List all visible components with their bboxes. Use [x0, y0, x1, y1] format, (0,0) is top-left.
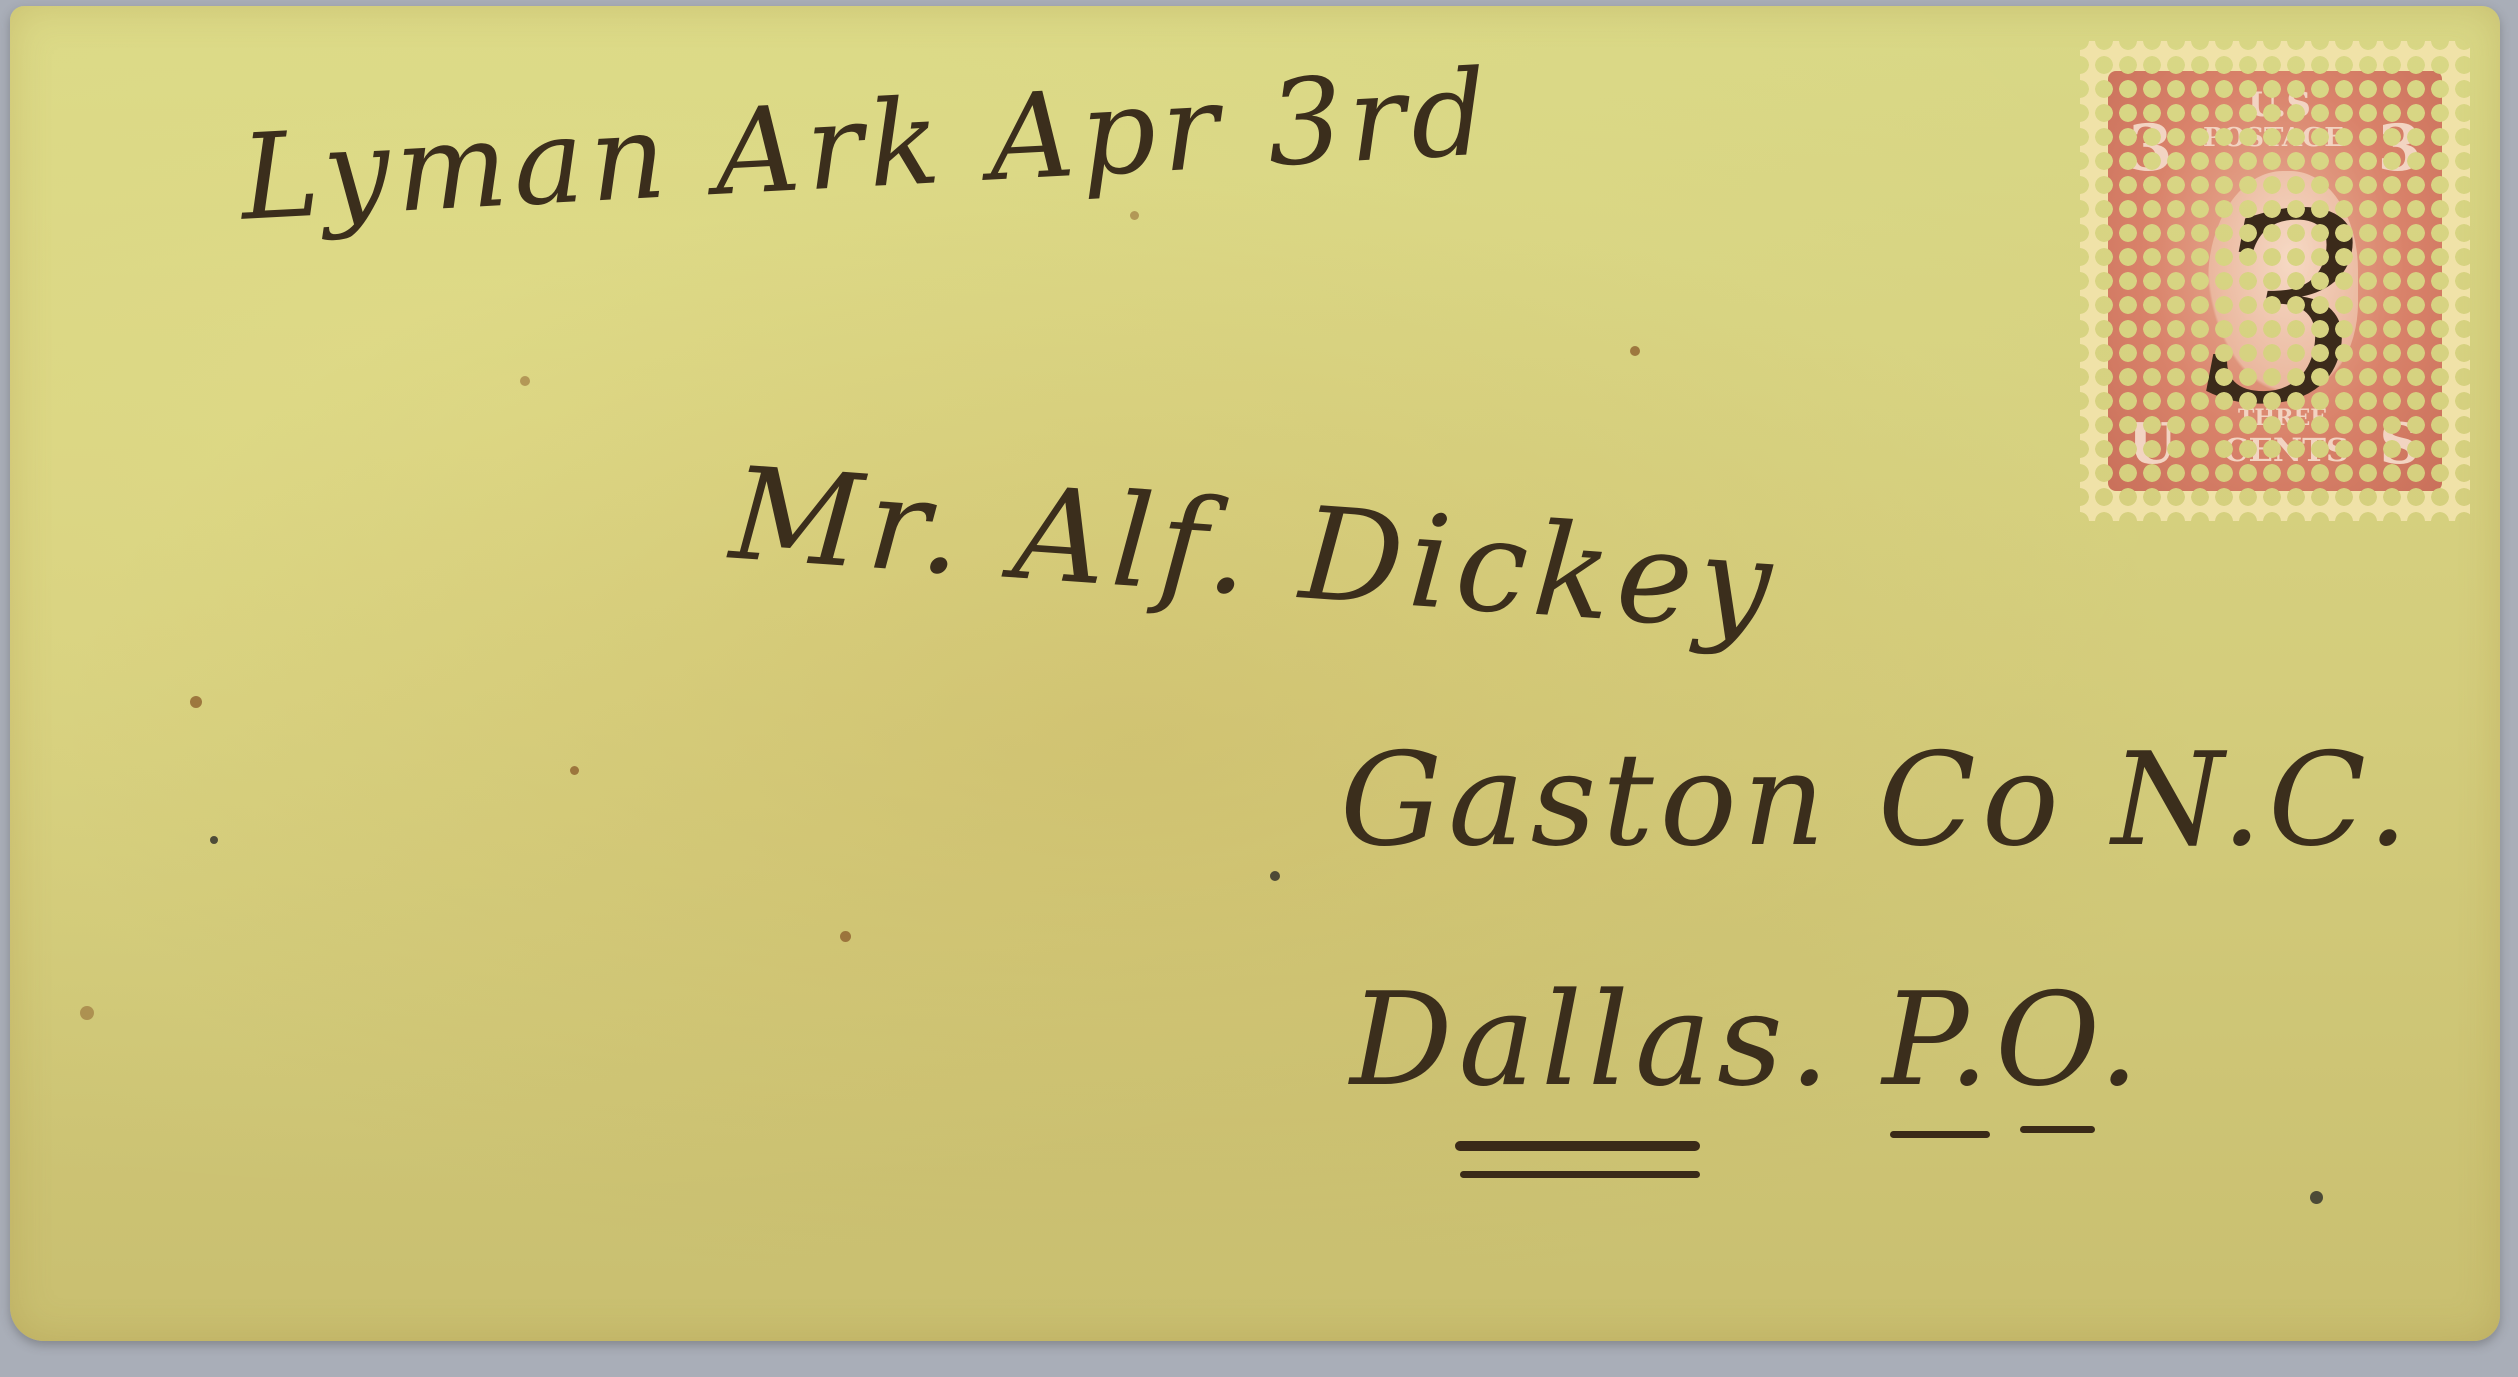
stamp-design: U.S. POSTAGE 3 3 U S THREE CENTS 3: [2108, 71, 2442, 491]
stamp-corner-u: U: [2128, 411, 2177, 477]
stamp-denomination-right: 3: [2377, 111, 2422, 186]
addressee-county: Gaston Co N.C.: [1340, 726, 2414, 875]
envelope: Lyman Ark Apr 3rd Mr. Alf. Dickey Gaston…: [10, 6, 2500, 1341]
foxing-spot: [570, 766, 579, 775]
address-underline: [1455, 1141, 1700, 1151]
address-underline: [2020, 1126, 2095, 1133]
foxing-spot: [1130, 211, 1139, 220]
manuscript-cancel: 3: [2203, 181, 2368, 441]
foxing-spot: [840, 931, 851, 942]
foxing-spot: [80, 1006, 94, 1020]
stamp-corner-s: S: [2380, 411, 2420, 477]
addressee-name: Mr. Alf. Dickey: [726, 440, 1782, 662]
address-underline: [1460, 1171, 1700, 1178]
foxing-spot: [2310, 1191, 2323, 1204]
foxing-spot: [1270, 871, 1280, 881]
foxing-spot: [1630, 346, 1640, 356]
stamp-country: U.S.: [2248, 85, 2322, 125]
addressee-post-office: Dallas. P.O.: [1350, 966, 2145, 1115]
address-underline: [1890, 1131, 1990, 1138]
foxing-spot: [210, 836, 218, 844]
stamp-postage-label: POSTAGE: [2203, 123, 2344, 153]
origin-docket: Lyman Ark Apr 3rd: [237, 43, 1496, 246]
foxing-spot: [520, 376, 530, 386]
stamp-denomination-left: 3: [2128, 111, 2173, 186]
foxing-spot: [190, 696, 202, 708]
postage-stamp: U.S. POSTAGE 3 3 U S THREE CENTS 3: [2080, 41, 2470, 521]
